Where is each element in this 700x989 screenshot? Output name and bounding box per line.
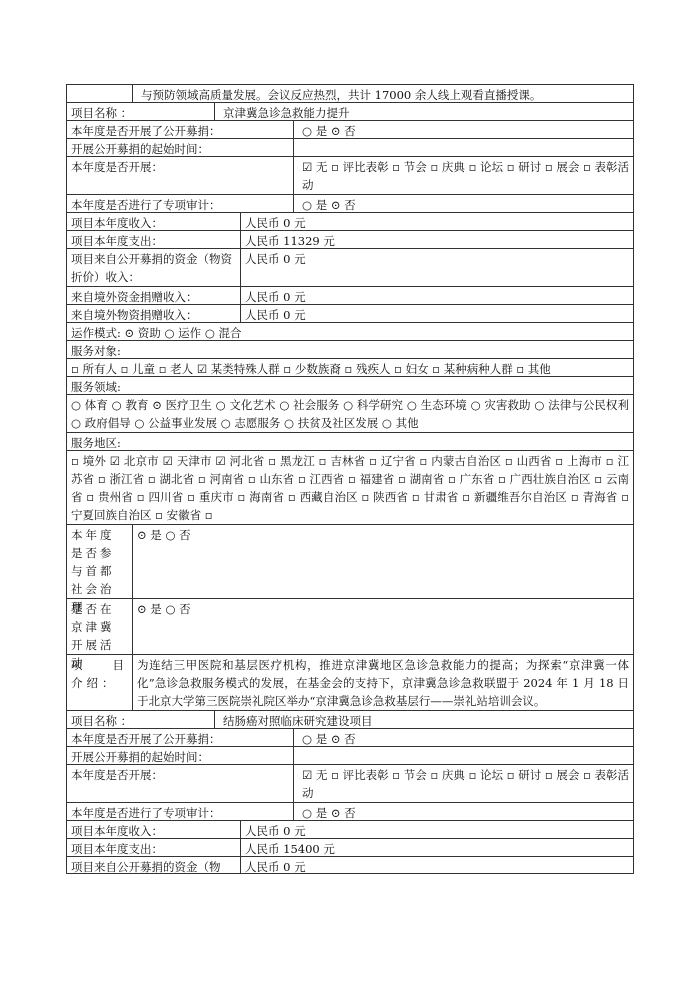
project-intro-text: 为连结三甲医院和基层医疗机构，推进京津冀地区急诊急救能力的提高；为探索“京津冀一… <box>132 655 633 710</box>
service-target-label-row: 服务对象: <box>66 340 634 358</box>
foreign-goods-row: 来自境外物资捐赠收入： 人民币 0 元 <box>66 304 634 322</box>
expense-value: 人民币 15400 元 <box>240 839 633 856</box>
audit-row: 本年度是否进行了专项审计： ○ 是 ⊙ 否 <box>66 802 634 820</box>
jjj-activity-row: 是否在京津冀开展活动 ⊙ 是 ○ 否 <box>66 598 634 654</box>
project-name: 京津冀急诊急救能力提升 <box>214 103 633 120</box>
empty-cell <box>67 85 132 102</box>
capital-governance-row: 本年度是否参与首都社会治理 ⊙ 是 ○ 否 <box>66 524 634 598</box>
expense-value: 人民币 11329 元 <box>240 231 633 248</box>
fundraising-start-row: 开展公开募捐的起始时间： <box>66 138 634 156</box>
foreign-goods-label: 来自境外物资捐赠收入： <box>67 305 240 322</box>
activities-row: 本年度是否开展： ☑ 无 ▫ 评比表彰 ▫ 节会 ▫ 庆典 ▫ 论坛 ▫ 研讨 … <box>66 156 634 194</box>
project-name: 结肠癌对照临床研究建设项目 <box>214 711 633 728</box>
service-target-row: ▫ 所有人 ▫ 儿童 ▫ 老人 ☑ 某类特殊人群 ▫ 少数族裔 ▫ 残疾人 ▫ … <box>66 358 634 376</box>
foreign-cash-label: 来自境外资金捐赠收入： <box>67 287 240 304</box>
public-fundraising-label: 本年度是否开展了公开募捐： <box>67 121 293 138</box>
project-intro-row: 项 目 介绍： 为连结三甲医院和基层医疗机构，推进京津冀地区急诊急救能力的提高；… <box>66 654 634 710</box>
activities-checkboxes[interactable]: ☑ 无 ▫ 评比表彰 ▫ 节会 ▫ 庆典 ▫ 论坛 ▫ 研讨 ▫ 展会 ▫ 表彰… <box>293 157 633 194</box>
foreign-cash-value: 人民币 0 元 <box>240 287 633 304</box>
continuation-row: 与预防领域高质量发展。会议反应热烈，共计 17000 余人线上观看直播授课。 <box>66 84 634 102</box>
income-label: 项目本年度收入： <box>67 821 240 838</box>
operation-mode-radio[interactable]: 运作模式: ⊙ 资助 ○ 运作 ○ 混合 <box>67 323 633 340</box>
project-name-label: 项目名称 ： <box>67 103 214 120</box>
service-field-radios[interactable]: ○ 体育 ○ 教育 ⊙ 医疗卫生 ○ 文化艺术 ○ 社会服务 ○ 科学研究 ○ … <box>67 395 633 432</box>
income-value: 人民币 0 元 <box>240 821 633 838</box>
service-field-label: 服务领域: <box>67 377 633 394</box>
audit-label: 本年度是否进行了专项审计： <box>67 803 293 820</box>
service-region-row: ▫ 境外 ☑ 北京市 ☑ 天津市 ☑ 河北省 ▫ 黑龙江 ▫ 吉林省 ▫ 辽宁省… <box>66 450 634 524</box>
public-funds-value: 人民币 0 元 <box>240 249 633 286</box>
continuation-text: 与预防领域高质量发展。会议反应热烈，共计 17000 余人线上观看直播授课。 <box>132 85 633 102</box>
audit-label: 本年度是否进行了专项审计： <box>67 195 293 212</box>
capital-governance-radio[interactable]: ⊙ 是 ○ 否 <box>132 525 633 598</box>
audit-radio[interactable]: ○ 是 ⊙ 否 <box>293 803 633 820</box>
expense-label: 项目本年度支出： <box>67 839 240 856</box>
foreign-cash-row: 来自境外资金捐赠收入： 人民币 0 元 <box>66 286 634 304</box>
project-name-row: 项目名称 ： 京津冀急诊急救能力提升 <box>66 102 634 120</box>
public-fundraising-radio[interactable]: ○ 是 ⊙ 否 <box>293 121 633 138</box>
jjj-activity-label: 是否在京津冀开展活动 <box>67 599 132 654</box>
expense-row: 项目本年度支出： 人民币 15400 元 <box>66 838 634 856</box>
service-target-label: 服务对象: <box>67 341 633 358</box>
operation-mode-row: 运作模式: ⊙ 资助 ○ 运作 ○ 混合 <box>66 322 634 340</box>
public-fundraising-label: 本年度是否开展了公开募捐： <box>67 729 293 746</box>
public-funds-label: 项目来自公开募捐的资金（物资折价）收入： <box>67 249 240 286</box>
income-label: 项目本年度收入： <box>67 213 240 230</box>
expense-label: 项目本年度支出： <box>67 231 240 248</box>
fundraising-start-label: 开展公开募捐的起始时间： <box>67 747 293 764</box>
public-funds-row: 项目来自公开募捐的资金（物资折价）收入： 人民币 0 元 <box>66 248 634 286</box>
project-name-row: 项目名称 ： 结肠癌对照临床研究建设项目 <box>66 710 634 728</box>
capital-governance-label: 本年度是否参与首都社会治理 <box>67 525 132 598</box>
public-funds-row: 项目来自公开募捐的资金（物 人民币 0 元 <box>66 856 634 874</box>
public-funds-label: 项目来自公开募捐的资金（物 <box>67 857 240 873</box>
public-fundraising-row: 本年度是否开展了公开募捐： ○ 是 ⊙ 否 <box>66 120 634 138</box>
jjj-activity-radio[interactable]: ⊙ 是 ○ 否 <box>132 599 633 654</box>
project-table: 与预防领域高质量发展。会议反应热烈，共计 17000 余人线上观看直播授课。 项… <box>66 84 634 874</box>
project-name-label: 项目名称 ： <box>67 711 214 728</box>
fundraising-start-value <box>293 139 633 156</box>
activities-label: 本年度是否开展： <box>67 765 293 802</box>
income-row: 项目本年度收入： 人民币 0 元 <box>66 212 634 230</box>
project-intro-label: 项 目 介绍： <box>67 655 132 710</box>
fundraising-start-label: 开展公开募捐的起始时间： <box>67 139 293 156</box>
service-region-checkboxes[interactable]: ▫ 境外 ☑ 北京市 ☑ 天津市 ☑ 河北省 ▫ 黑龙江 ▫ 吉林省 ▫ 辽宁省… <box>67 451 633 524</box>
audit-radio[interactable]: ○ 是 ⊙ 否 <box>293 195 633 212</box>
public-fundraising-radio[interactable]: ○ 是 ⊙ 否 <box>293 729 633 746</box>
service-field-label-row: 服务领域: <box>66 376 634 394</box>
fundraising-start-row: 开展公开募捐的起始时间： <box>66 746 634 764</box>
fundraising-start-value <box>293 747 633 764</box>
activities-label: 本年度是否开展： <box>67 157 293 194</box>
foreign-goods-value: 人民币 0 元 <box>240 305 633 322</box>
income-value: 人民币 0 元 <box>240 213 633 230</box>
expense-row: 项目本年度支出： 人民币 11329 元 <box>66 230 634 248</box>
service-region-label: 服务地区: <box>67 433 633 450</box>
audit-row: 本年度是否进行了专项审计： ○ 是 ⊙ 否 <box>66 194 634 212</box>
activities-row: 本年度是否开展： ☑ 无 ▫ 评比表彰 ▫ 节会 ▫ 庆典 ▫ 论坛 ▫ 研讨 … <box>66 764 634 802</box>
income-row: 项目本年度收入： 人民币 0 元 <box>66 820 634 838</box>
public-fundraising-row: 本年度是否开展了公开募捐： ○ 是 ⊙ 否 <box>66 728 634 746</box>
service-target-checkboxes[interactable]: ▫ 所有人 ▫ 儿童 ▫ 老人 ☑ 某类特殊人群 ▫ 少数族裔 ▫ 残疾人 ▫ … <box>67 359 633 376</box>
activities-checkboxes[interactable]: ☑ 无 ▫ 评比表彰 ▫ 节会 ▫ 庆典 ▫ 论坛 ▫ 研讨 ▫ 展会 ▫ 表彰… <box>293 765 633 802</box>
public-funds-value: 人民币 0 元 <box>240 857 633 873</box>
service-field-row: ○ 体育 ○ 教育 ⊙ 医疗卫生 ○ 文化艺术 ○ 社会服务 ○ 科学研究 ○ … <box>66 394 634 432</box>
service-region-label-row: 服务地区: <box>66 432 634 450</box>
